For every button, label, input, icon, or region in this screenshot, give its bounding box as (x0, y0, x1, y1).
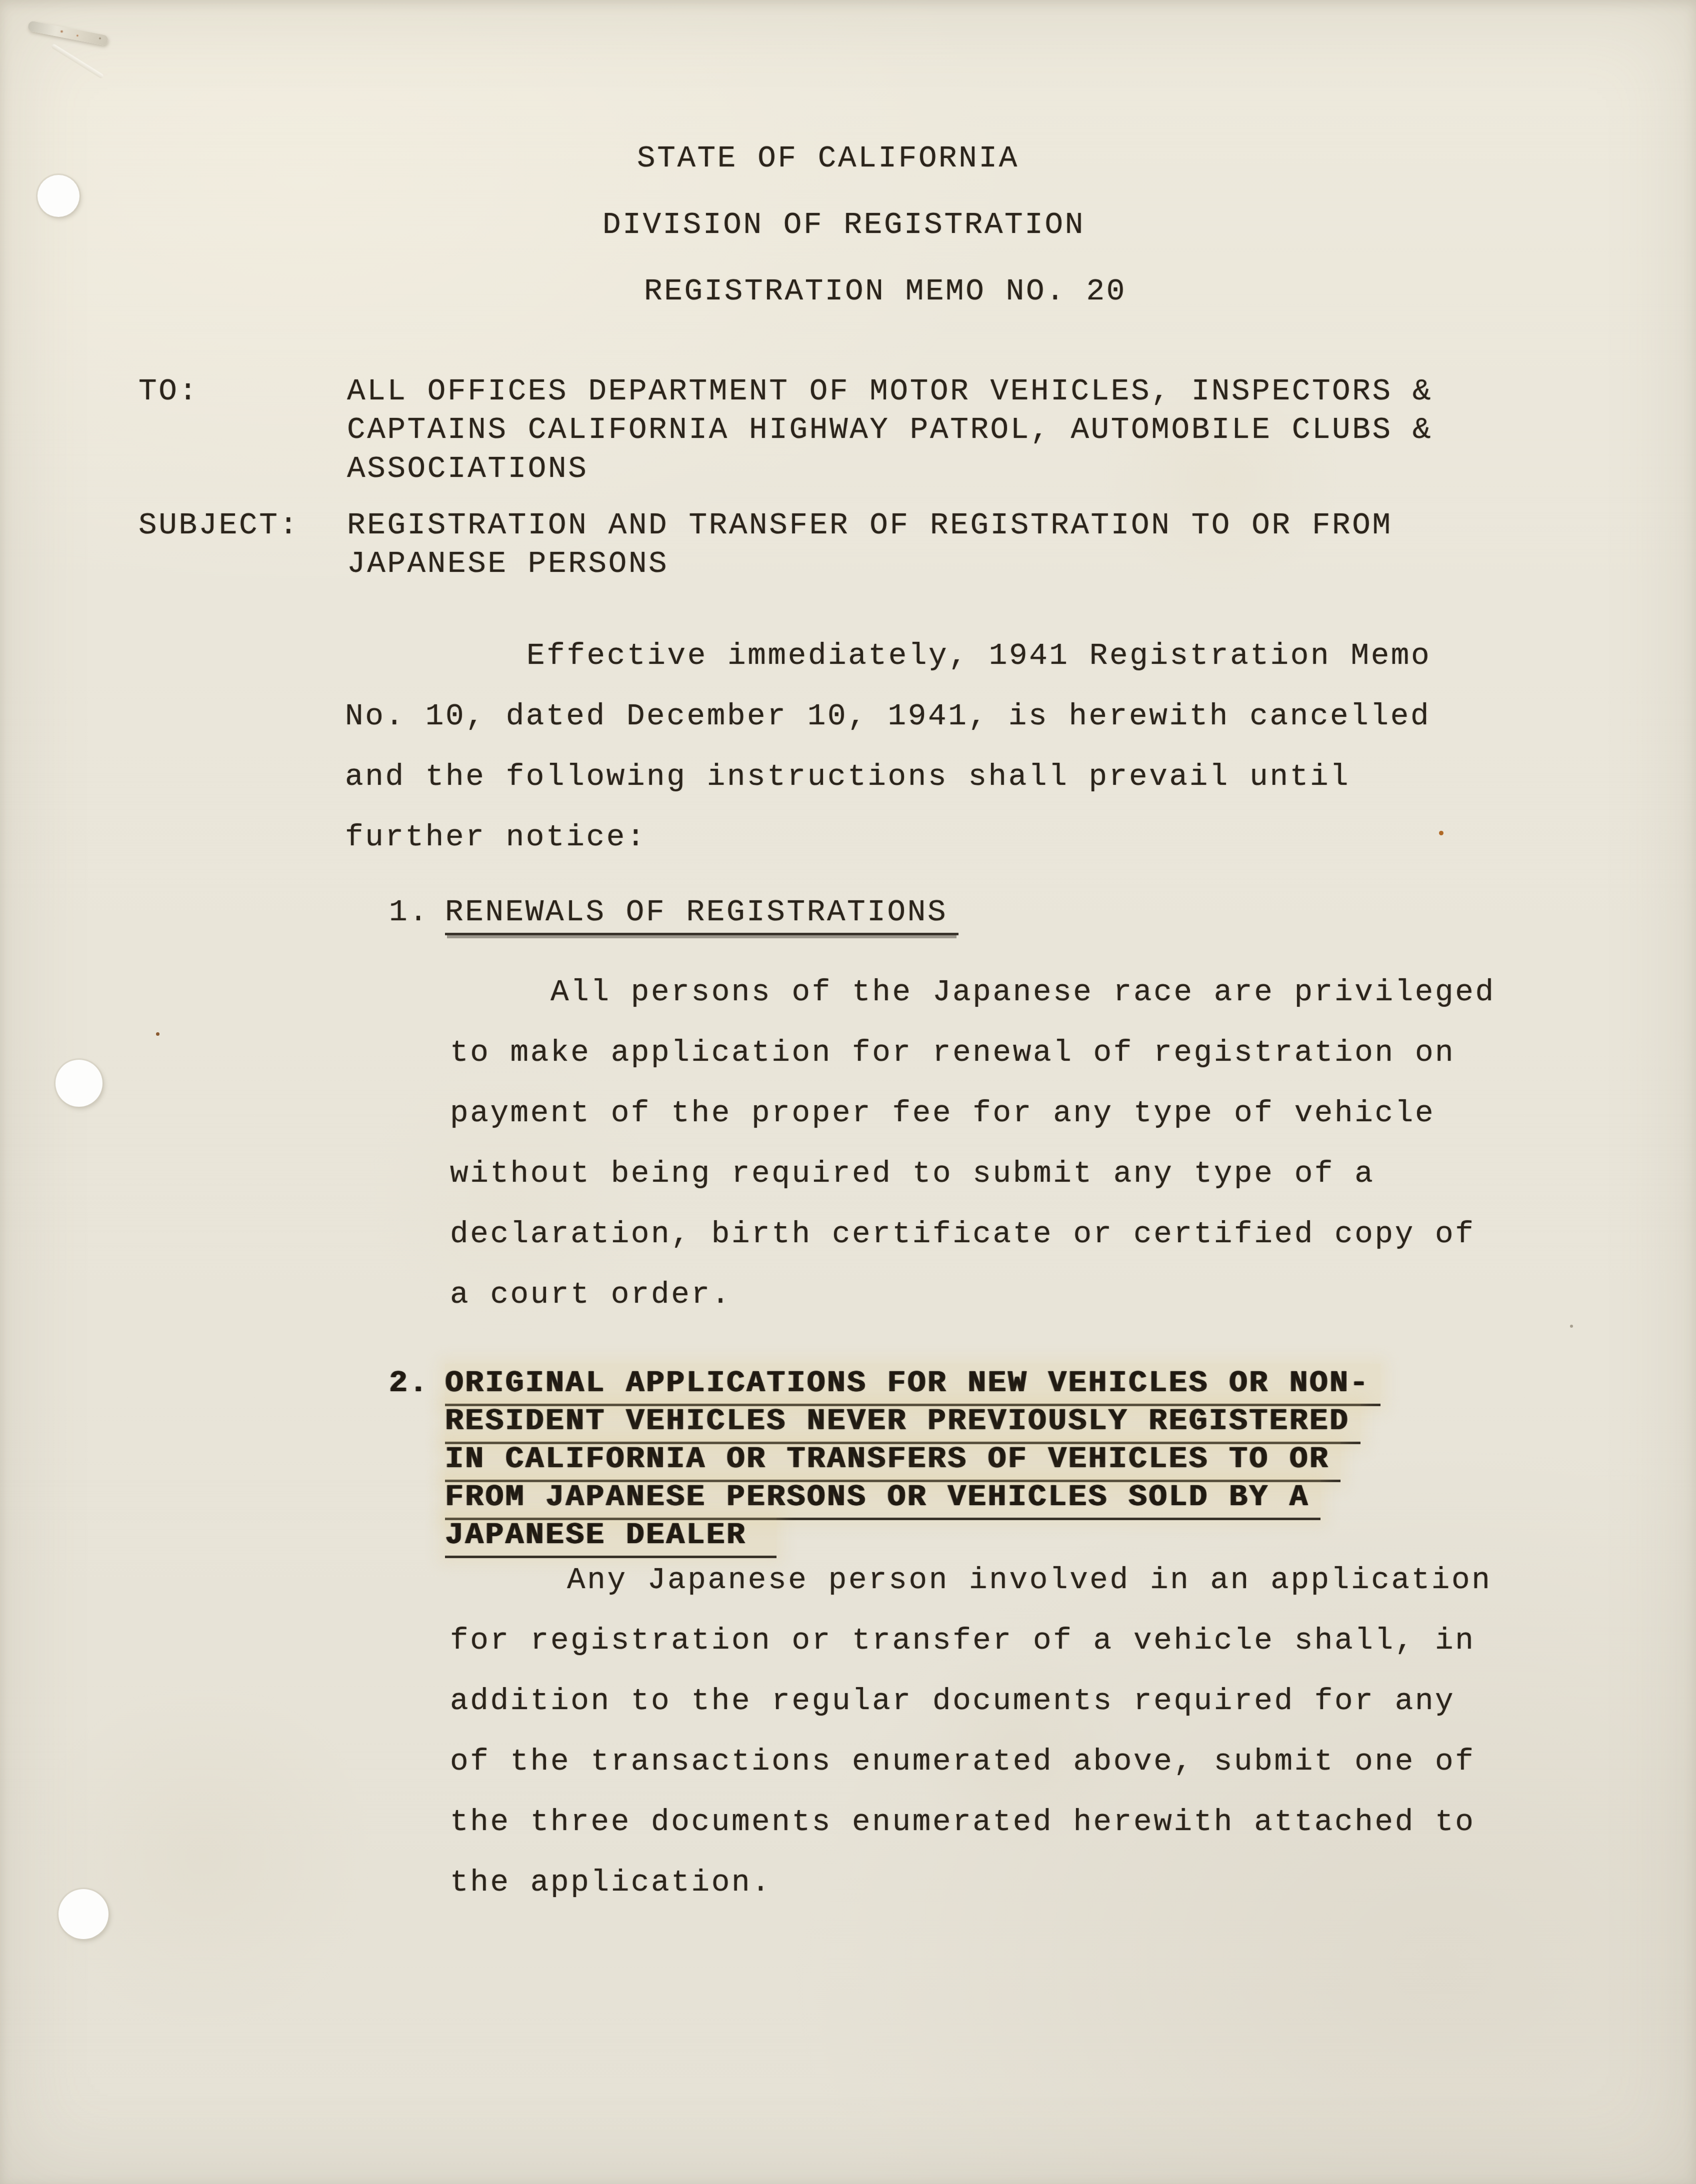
section2-heading-text: JAPANESE DEALER (445, 1516, 776, 1558)
rust-speck (156, 1032, 159, 1036)
subject-line: REGISTRATION AND TRANSFER OF REGISTRATIO… (347, 506, 1392, 546)
section2-heading-line: ORIGINAL APPLICATIONS FOR NEW VEHICLES O… (445, 1364, 1380, 1404)
section2-body-line: for registration or transfer of a vehicl… (450, 1621, 1475, 1661)
section2-heading-line: FROM JAPANESE PERSONS OR VEHICLES SOLD B… (445, 1478, 1320, 1518)
section1-body-line: declaration, birth certificate or certif… (450, 1215, 1475, 1255)
section2-body-line: the application. (450, 1863, 771, 1903)
intro-line: and the following instructions shall pre… (345, 757, 1350, 797)
intro-line: further notice: (345, 818, 646, 858)
section1-body-line: a court order. (450, 1275, 731, 1315)
to-line: ALL OFFICES DEPARTMENT OF MOTOR VEHICLES… (347, 372, 1432, 412)
section2-heading-text: RESIDENT VEHICLES NEVER PREVIOUSLY REGIS… (445, 1402, 1360, 1444)
section1-heading: RENEWALS OF REGISTRATIONS (445, 893, 958, 933)
staple-mark (27, 20, 108, 46)
intro-line: Effective immediately, 1941 Registration… (526, 636, 1431, 676)
section1-number: 1. (389, 893, 429, 933)
punch-hole-top (37, 175, 79, 217)
intro-line: No. 10, dated December 10, 1941, is here… (345, 697, 1430, 737)
section2-heading-text: IN CALIFORNIA OR TRANSFERS OF VEHICLES T… (445, 1440, 1340, 1482)
paper-speck (1570, 1325, 1573, 1328)
section1-body-line: to make application for renewal of regis… (450, 1033, 1455, 1073)
memo-page: STATE OF CALIFORNIA DIVISION OF REGISTRA… (0, 0, 1696, 2184)
crease-mark (51, 43, 104, 79)
to-line: ASSOCIATIONS (347, 449, 588, 489)
to-line: CAPTAINS CALIFORNIA HIGHWAY PATROL, AUTO… (347, 410, 1432, 450)
section2-number: 2. (389, 1364, 429, 1404)
section2-body-line: of the transactions enumerated above, su… (450, 1742, 1475, 1782)
section2-heading-text: ORIGINAL APPLICATIONS FOR NEW VEHICLES O… (445, 1364, 1380, 1406)
doc-title-line: DIVISION OF REGISTRATION (602, 205, 1085, 245)
section2-heading-text: FROM JAPANESE PERSONS OR VEHICLES SOLD B… (445, 1478, 1320, 1520)
subject-line: JAPANESE PERSONS (347, 544, 668, 584)
section2-heading-line: IN CALIFORNIA OR TRANSFERS OF VEHICLES T… (445, 1440, 1340, 1480)
section1-heading-text: RENEWALS OF REGISTRATIONS (445, 893, 958, 935)
ink-speck (1439, 831, 1443, 835)
section2-heading-line: RESIDENT VEHICLES NEVER PREVIOUSLY REGIS… (445, 1402, 1360, 1442)
section2-heading-line: JAPANESE DEALER (445, 1516, 776, 1556)
doc-title-line: REGISTRATION MEMO NO. 20 (644, 272, 1126, 312)
to-label: TO: (138, 372, 199, 412)
punch-hole-bottom (58, 1889, 108, 1939)
section2-body-line: the three documents enumerated herewith … (450, 1803, 1475, 1843)
punch-hole-middle (55, 1060, 102, 1107)
section1-body-line: All persons of the Japanese race are pri… (550, 973, 1495, 1013)
section1-body-line: payment of the proper fee for any type o… (450, 1094, 1435, 1134)
subject-label: SUBJECT: (138, 506, 299, 546)
doc-title-line: STATE OF CALIFORNIA (637, 139, 1019, 179)
section2-body-line: addition to the regular documents requir… (450, 1682, 1455, 1722)
section1-body-line: without being required to submit any typ… (450, 1154, 1374, 1194)
section2-body-line: Any Japanese person involved in an appli… (567, 1561, 1491, 1601)
